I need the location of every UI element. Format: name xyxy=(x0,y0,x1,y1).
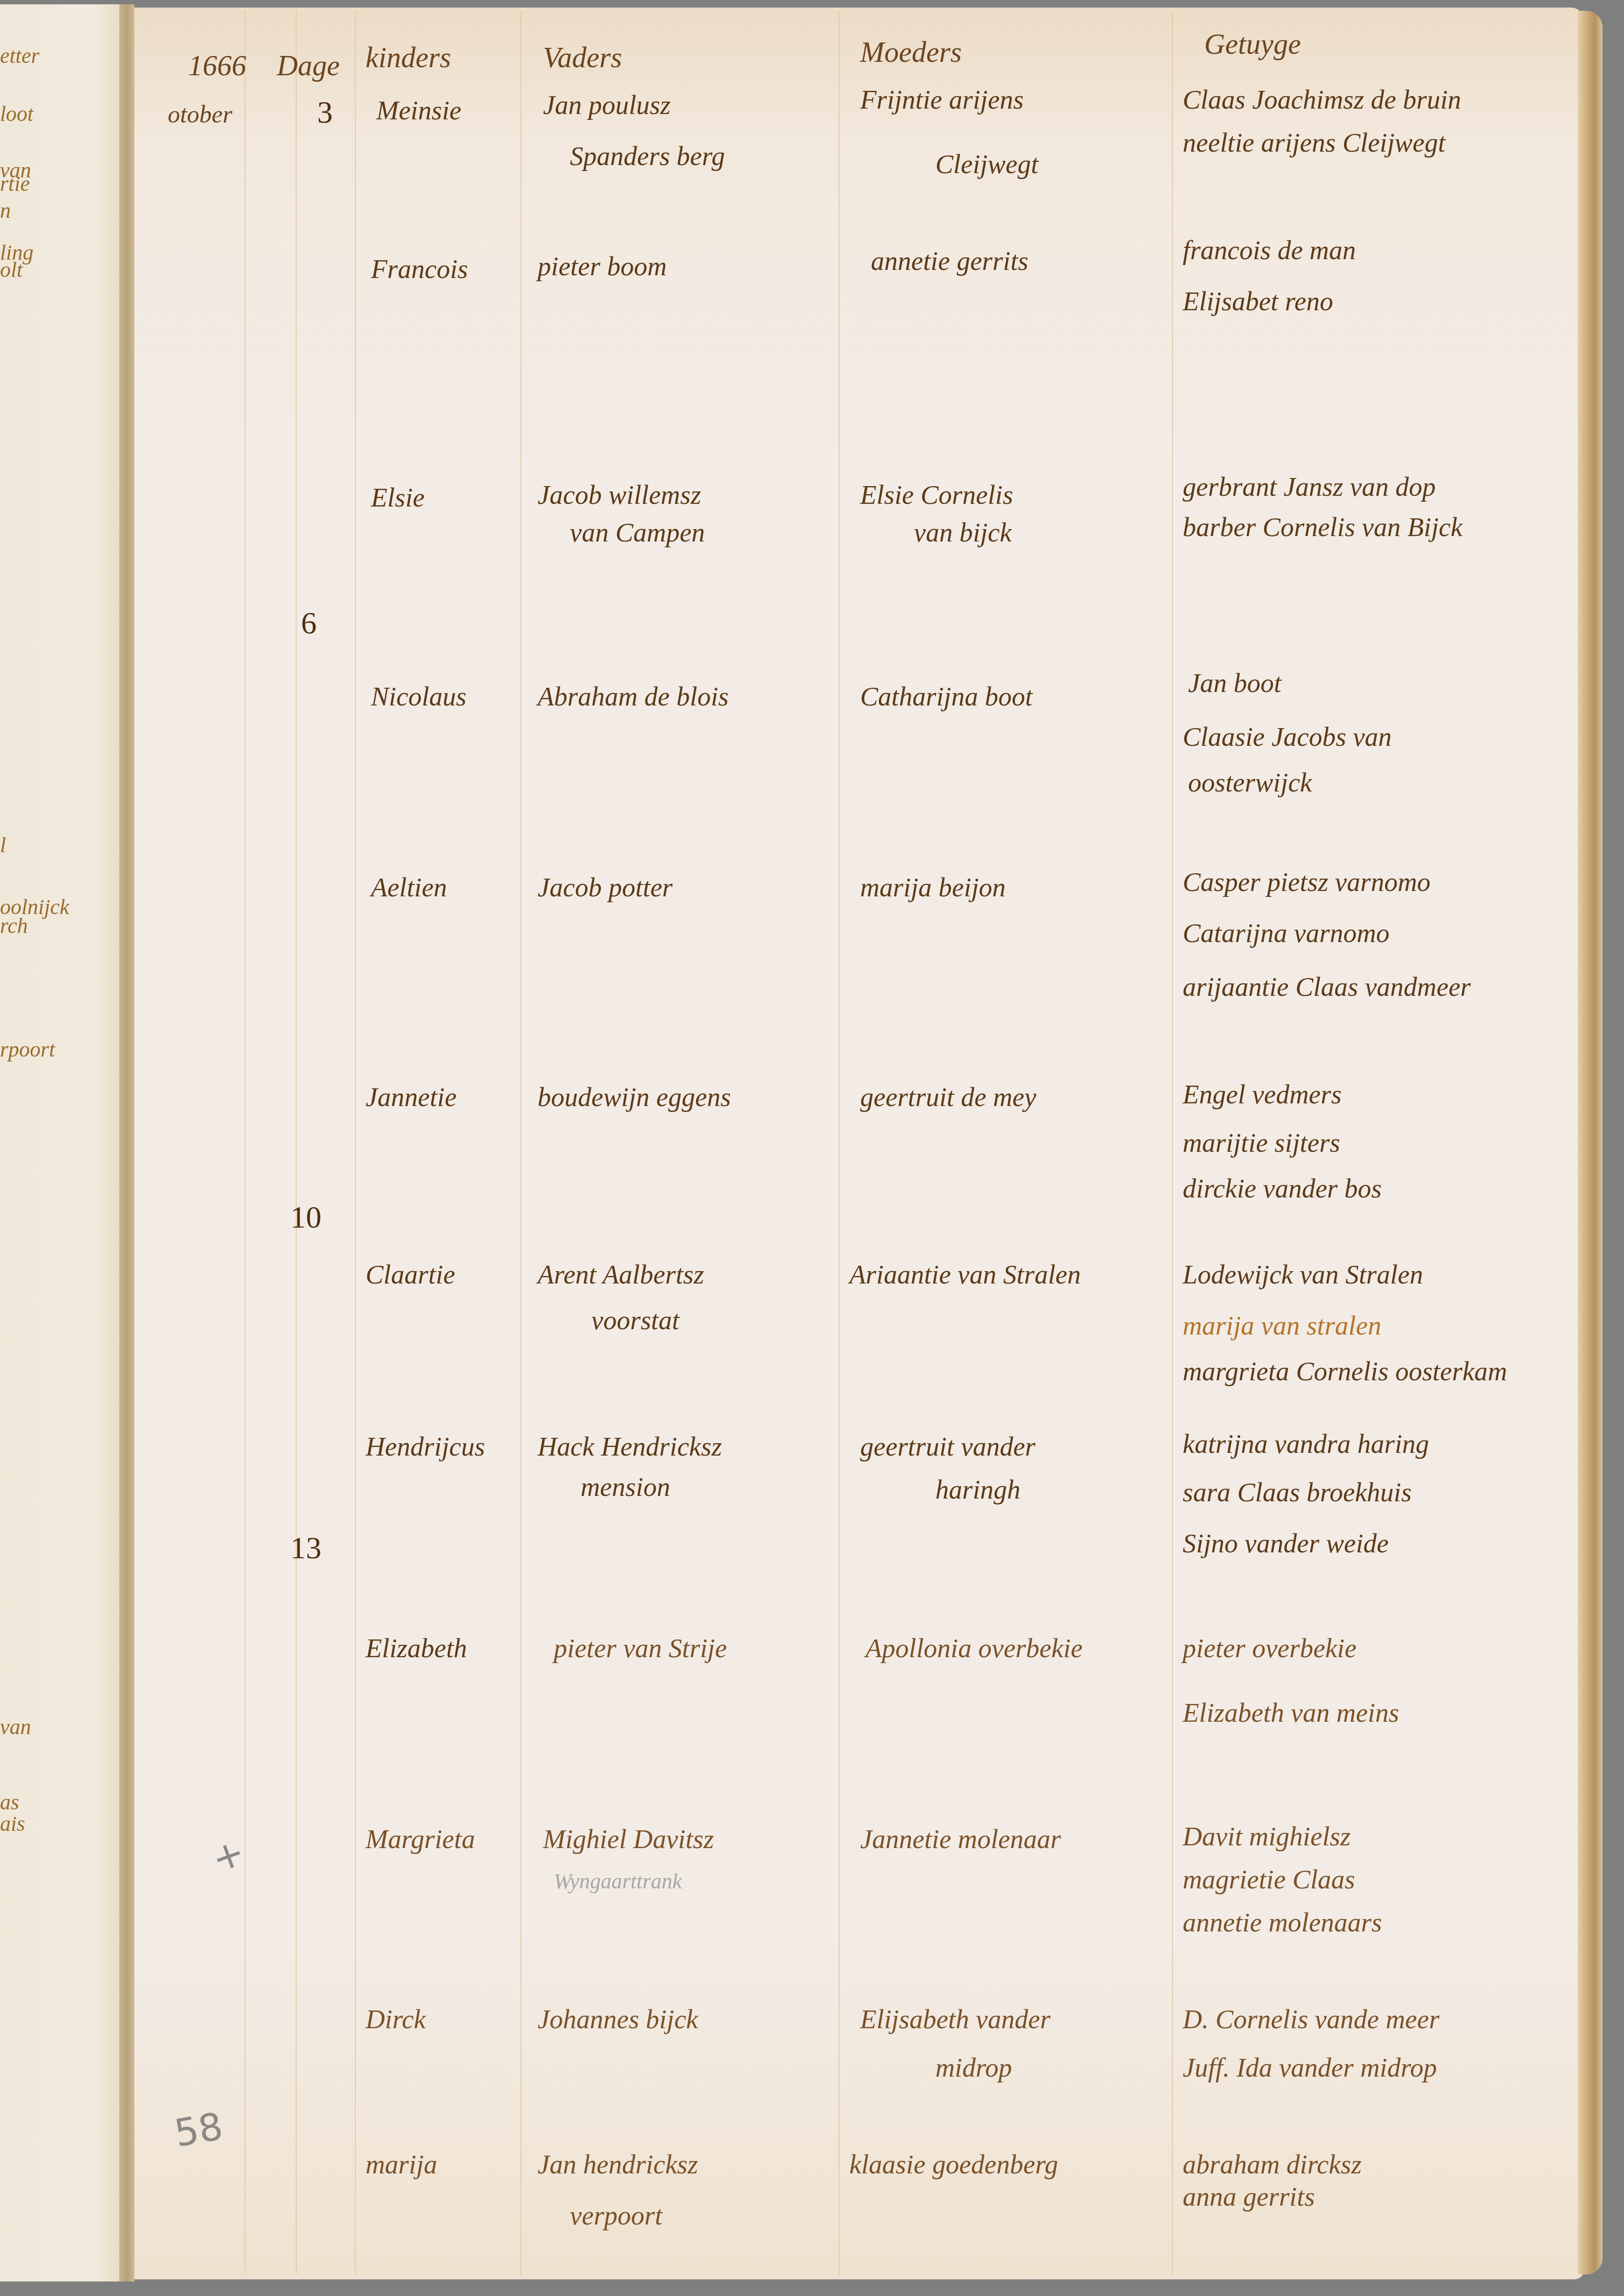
year: 1666 xyxy=(188,51,246,80)
father-name: Hack Hendricksz xyxy=(538,1433,722,1460)
witness: D. Cornelis vande meer xyxy=(1183,2006,1440,2033)
witness: neeltie arijens Cleijwegt xyxy=(1183,129,1446,156)
book-gutter xyxy=(119,4,134,2281)
father-name: pieter boom xyxy=(538,253,667,280)
child-name: Margrieta xyxy=(366,1826,475,1852)
folio-number: 58 xyxy=(171,2104,226,2156)
witness: anna gerrits xyxy=(1183,2183,1315,2210)
witness: Davit mighielsz xyxy=(1183,1823,1350,1850)
mother-name-line2: haringh xyxy=(935,1476,1020,1503)
witness: Claasie Jacobs van xyxy=(1183,723,1392,750)
mother-name: Ariaantie van Stralen xyxy=(849,1261,1081,1288)
column-header-mother: Moeders xyxy=(860,38,962,67)
month: otober xyxy=(168,102,232,127)
column-rule xyxy=(1172,11,1173,2274)
mother-name: Catharijna boot xyxy=(860,683,1033,710)
left-page-fragment: n xyxy=(0,198,11,223)
child-name: Jannetie xyxy=(366,1083,456,1110)
column-rule xyxy=(839,11,840,2274)
column-rule xyxy=(355,11,356,2274)
mother-name: Elijsabeth vander xyxy=(860,2006,1050,2033)
witness: Elijsabet reno xyxy=(1183,288,1333,315)
witness: Lodewijck van Stralen xyxy=(1183,1261,1423,1288)
witness: Sijno vander weide xyxy=(1183,1530,1389,1557)
left-page-fragment: rpoort xyxy=(0,1037,55,1062)
witness: Casper pietsz varnomo xyxy=(1183,868,1430,895)
witness: annetie molenaars xyxy=(1183,1909,1382,1936)
page-edge xyxy=(1578,11,1602,2274)
witness: arijaantie Claas vandmeer xyxy=(1183,973,1471,1000)
witness: sara Claas broekhuis xyxy=(1183,1479,1412,1506)
column-rule xyxy=(296,11,297,2274)
witness: pieter overbekie xyxy=(1183,1635,1356,1662)
left-page-fragment: etter xyxy=(0,43,39,68)
mother-name: Elsie Cornelis xyxy=(860,481,1013,508)
witness: katrijna vandra haring xyxy=(1183,1430,1429,1457)
child-name: marija xyxy=(366,2151,437,2178)
witness: magrietie Claas xyxy=(1183,1866,1355,1893)
witness: abraham dircksz xyxy=(1183,2151,1362,2178)
child-name: Dirck xyxy=(366,2006,426,2033)
father-name: Abraham de blois xyxy=(538,683,729,710)
entry-day: 13 xyxy=(290,1532,321,1564)
entry-day: 10 xyxy=(290,1202,321,1233)
child-name: Elsie xyxy=(371,484,425,511)
left-page-fragment: rtie xyxy=(0,171,30,196)
father-name-line2: van Campen xyxy=(570,519,705,546)
father-name: boudewijn eggens xyxy=(538,1083,731,1110)
father-name-line2: Spanders berg xyxy=(570,142,725,169)
witness: Jan boot xyxy=(1188,669,1282,696)
child-name: Aeltien xyxy=(371,874,447,901)
witness: barber Cornelis van Bijck xyxy=(1183,514,1463,540)
father-name: Jan poulusz xyxy=(543,91,671,118)
column-rule xyxy=(520,11,521,2274)
left-page-fragment: van xyxy=(0,1714,31,1739)
child-name: Nicolaus xyxy=(371,683,467,710)
witness: margrieta Cornelis oosterkam xyxy=(1183,1358,1507,1385)
column-header-child: kinders xyxy=(366,43,451,72)
mother-name-line2: van bijck xyxy=(914,519,1012,546)
facing-left-page: etter loot van rtie n ling olt l oolnijc… xyxy=(0,4,119,2281)
column-rule xyxy=(245,11,246,2274)
mother-name: klaasie goedenberg xyxy=(849,2151,1058,2178)
child-name: Claartie xyxy=(366,1261,455,1288)
witness: oosterwijck xyxy=(1188,769,1312,796)
mother-name: marija beijon xyxy=(860,874,1006,901)
witness: Juff. Ida vander midrop xyxy=(1183,2054,1437,2081)
father-name: Jacob willemsz xyxy=(538,481,701,508)
witness: Elizabeth van meins xyxy=(1183,1699,1399,1726)
column-header-day: Dage xyxy=(277,51,340,80)
witness: Engel vedmers xyxy=(1183,1081,1342,1108)
father-name-line2: verpoort xyxy=(570,2202,662,2229)
mother-name-line2: midrop xyxy=(935,2054,1012,2081)
mother-name: geertruit de mey xyxy=(860,1083,1036,1110)
entry-day: 3 xyxy=(317,97,333,128)
child-name: Elizabeth xyxy=(366,1635,467,1662)
column-header-witnesses: Getuyge xyxy=(1204,30,1301,59)
mother-name: Apollonia overbekie xyxy=(865,1635,1083,1662)
left-page-fragment: loot xyxy=(0,101,33,126)
entry-day: 6 xyxy=(301,608,317,639)
mother-name-line2: Cleijwegt xyxy=(935,151,1039,177)
left-page-fragment: rch xyxy=(0,913,28,938)
father-name: Mighiel Davitsz xyxy=(543,1826,714,1852)
child-name: Francois xyxy=(371,255,468,282)
father-name: Jacob potter xyxy=(538,874,673,901)
left-page-fragment: olt xyxy=(0,257,23,282)
child-name: Hendrijcus xyxy=(366,1433,485,1460)
mother-name: Frijntie arijens xyxy=(860,86,1024,113)
child-name: Meinsie xyxy=(376,97,461,124)
mother-name: Jannetie molenaar xyxy=(860,1826,1061,1852)
left-page-fragment: l xyxy=(0,832,6,858)
witness: marijtie sijters xyxy=(1183,1129,1340,1156)
witness: francois de man xyxy=(1183,237,1356,263)
pencil-annotation: Wyngaarttrank xyxy=(554,1869,682,1894)
witness: marija van stralen xyxy=(1183,1312,1381,1339)
register-page xyxy=(134,8,1585,2279)
witness: gerbrant Jansz van dop xyxy=(1183,473,1436,500)
father-name: pieter van Strije xyxy=(554,1635,727,1662)
column-header-father: Vaders xyxy=(543,43,622,72)
father-name-line2: voorstat xyxy=(591,1307,679,1334)
father-name-line2: mension xyxy=(581,1473,670,1500)
father-name: Jan hendricksz xyxy=(538,2151,698,2178)
father-name: Arent Aalbertsz xyxy=(538,1261,704,1288)
left-page-fragment: ais xyxy=(0,1811,25,1836)
mother-name: annetie gerrits xyxy=(871,247,1028,274)
father-name: Johannes bijck xyxy=(538,2006,698,2033)
witness: Claas Joachimsz de bruin xyxy=(1183,86,1461,113)
witness: dirckie vander bos xyxy=(1183,1175,1382,1202)
mother-name: geertruit vander xyxy=(860,1433,1035,1460)
witness: Catarijna varnomo xyxy=(1183,919,1390,946)
